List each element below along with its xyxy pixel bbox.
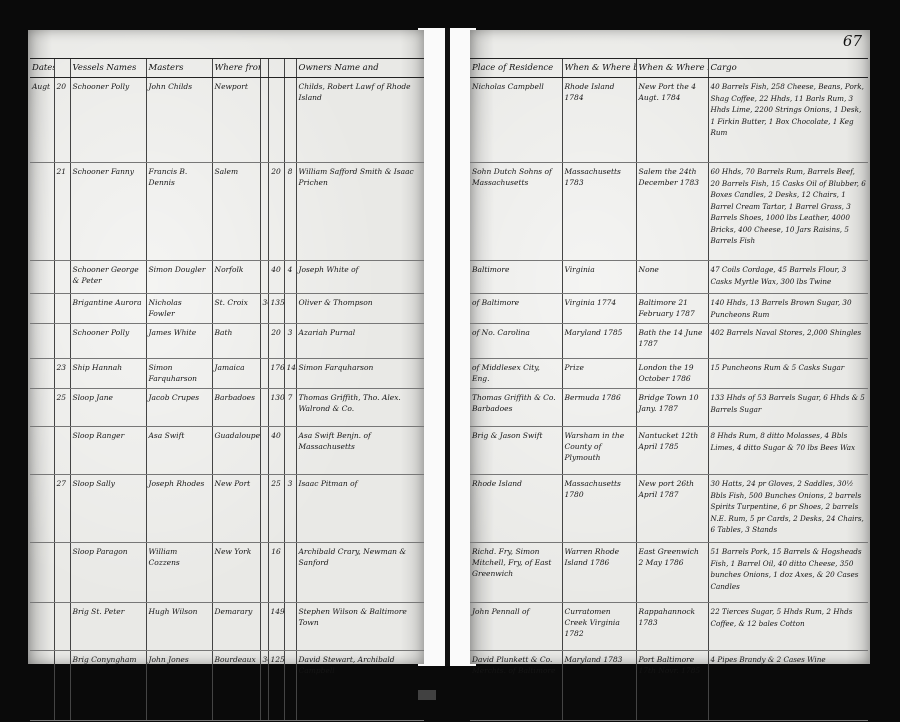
- guns-cell: 30: [260, 651, 268, 721]
- owners-cell: Asa Swift Benjn. of Massachusetts: [296, 427, 424, 475]
- owners-cell: Oliver & Thompson: [296, 294, 424, 324]
- month-cell: [30, 427, 54, 475]
- table-row: Brig Conyngham John Jones Bourdeaux 30 1…: [30, 651, 424, 721]
- table-row: Nicholas Campbell Rhode Island 1784 New …: [470, 78, 868, 163]
- master-cell: William Cozzens: [146, 543, 212, 603]
- vessel-cell: Sloop Sally: [70, 475, 146, 543]
- month-cell: [30, 603, 54, 651]
- guns-cell: [260, 427, 268, 475]
- when-registered-cell: Rappahannock 1783: [636, 603, 708, 651]
- right-page: 67 Place of Residence When & Where built…: [470, 30, 870, 664]
- when-registered-cell: Salem the 24th December 1783: [636, 163, 708, 261]
- table-row: Brig St. Peter Hugh Wilson Demarary 149 …: [30, 603, 424, 651]
- where-from-cell: Barbadoes: [212, 389, 260, 427]
- month-cell: [30, 359, 54, 389]
- header-guns: [260, 59, 268, 78]
- tons-cell: 25: [268, 475, 284, 543]
- guns-cell: [260, 261, 268, 294]
- men-cell: [284, 603, 296, 651]
- page-number: 67: [843, 32, 862, 50]
- residence-cell: Nicholas Campbell: [470, 78, 562, 163]
- when-built-cell: Maryland 1783: [562, 651, 636, 721]
- table-row: 23 Ship Hannah Simon Farquharson Jamaica…: [30, 359, 424, 389]
- where-from-cell: Jamaica: [212, 359, 260, 389]
- when-registered-cell: Bath the 14 June 1787: [636, 324, 708, 359]
- vessel-cell: Sloop Jane: [70, 389, 146, 427]
- vessel-register-table: Dates Vessels Names Masters Where from O…: [30, 58, 424, 721]
- day-cell: [54, 294, 70, 324]
- table-row: Richd. Fry, Simon Mitchell, Fry, of East…: [470, 543, 868, 603]
- guns-cell: 30: [260, 294, 268, 324]
- where-from-cell: St. Croix: [212, 294, 260, 324]
- tons-cell: 20: [268, 324, 284, 359]
- men-cell: [284, 78, 296, 163]
- tons-cell: 40: [268, 261, 284, 294]
- owners-cell: Simon Farquharson: [296, 359, 424, 389]
- when-built-cell: Virginia: [562, 261, 636, 294]
- when-built-cell: Massachusetts 1783: [562, 163, 636, 261]
- guns-cell: [260, 543, 268, 603]
- header-vessel: Vessels Names: [70, 59, 146, 78]
- owners-cell: Isaac Pitman of: [296, 475, 424, 543]
- table-row: Schooner Polly James White Bath 20 3 Aza…: [30, 324, 424, 359]
- month-cell: Augt: [30, 78, 54, 163]
- when-registered-cell: Nantucket 12th April 1785: [636, 427, 708, 475]
- master-cell: Francis B. Dennis: [146, 163, 212, 261]
- when-built-cell: Massachusetts 1780: [562, 475, 636, 543]
- guns-cell: [260, 359, 268, 389]
- tons-cell: 176: [268, 359, 284, 389]
- tons-cell: 149: [268, 603, 284, 651]
- left-page: Dates Vessels Names Masters Where from O…: [28, 30, 424, 664]
- table-row: Sloop Paragon William Cozzens New York 1…: [30, 543, 424, 603]
- residence-cell: David Plunkett & Co. Merchts. of Baltimo…: [470, 651, 562, 721]
- vessel-cell: Sloop Ranger: [70, 427, 146, 475]
- men-cell: 3: [284, 475, 296, 543]
- header-tons: [268, 59, 284, 78]
- table-row: Brigantine Aurora Nicholas Fowler St. Cr…: [30, 294, 424, 324]
- men-cell: [284, 543, 296, 603]
- table-row: of No. Carolina Maryland 1785 Bath the 1…: [470, 324, 868, 359]
- month-cell: [30, 324, 54, 359]
- table-row: 25 Sloop Jane Jacob Crupes Barbadoes 130…: [30, 389, 424, 427]
- guns-cell: [260, 163, 268, 261]
- table-row: Thomas Griffith & Co. Barbadoes Bermuda …: [470, 389, 868, 427]
- vessel-cell: Sloop Paragon: [70, 543, 146, 603]
- vessel-cell: Brig St. Peter: [70, 603, 146, 651]
- where-from-cell: Newport: [212, 78, 260, 163]
- header-row: Dates Vessels Names Masters Where from O…: [30, 59, 424, 78]
- month-cell: [30, 163, 54, 261]
- when-built-cell: Bermuda 1786: [562, 389, 636, 427]
- table-row: of Baltimore Virginia 1774 Baltimore 21 …: [470, 294, 868, 324]
- day-cell: [54, 324, 70, 359]
- day-cell: [54, 651, 70, 721]
- when-registered-cell: None: [636, 261, 708, 294]
- table-row: Brig & Jason Swift Warsham in the County…: [470, 427, 868, 475]
- when-registered-cell: New Port the 4 Augt. 1784: [636, 78, 708, 163]
- tons-cell: 40: [268, 427, 284, 475]
- day-cell: [54, 603, 70, 651]
- cargo-cell: 47 Coils Cordage, 45 Barrels Flour, 3 Ca…: [708, 261, 868, 294]
- guns-cell: [260, 389, 268, 427]
- where-from-cell: New Port: [212, 475, 260, 543]
- cargo-cell: 133 Hhds of 53 Barrels Sugar, 6 Hhds & 5…: [708, 389, 868, 427]
- when-registered-cell: Baltimore 21 February 1787: [636, 294, 708, 324]
- month-cell: [30, 543, 54, 603]
- when-built-cell: Virginia 1774: [562, 294, 636, 324]
- header-row: Place of Residence When & Where built Wh…: [470, 59, 868, 78]
- master-cell: James White: [146, 324, 212, 359]
- header-when-registered: When & Where Registered: [636, 59, 708, 78]
- vessel-cell: Schooner George & Peter: [70, 261, 146, 294]
- header-men: [284, 59, 296, 78]
- tons-cell: 20: [268, 163, 284, 261]
- vessel-cell: Brig Conyngham: [70, 651, 146, 721]
- guns-cell: [260, 78, 268, 163]
- vessel-cell: Ship Hannah: [70, 359, 146, 389]
- vessel-cell: Brigantine Aurora: [70, 294, 146, 324]
- when-built-cell: Maryland 1785: [562, 324, 636, 359]
- table-row: John Pennall of Curratomen Creek Virgini…: [470, 603, 868, 651]
- month-cell: [30, 261, 54, 294]
- when-registered-cell: Port Baltimore 17th Novr. 1785: [636, 651, 708, 721]
- when-registered-cell: Bridge Town 10 Jany. 1787: [636, 389, 708, 427]
- cargo-cell: 60 Hhds, 70 Barrels Rum, Barrels Beef, 2…: [708, 163, 868, 261]
- table-row: Schooner George & Peter Simon Dougler No…: [30, 261, 424, 294]
- where-from-cell: Bourdeaux: [212, 651, 260, 721]
- residence-cell: Baltimore: [470, 261, 562, 294]
- guns-cell: [260, 603, 268, 651]
- where-from-cell: Demarary: [212, 603, 260, 651]
- where-from-cell: Norfolk: [212, 261, 260, 294]
- cargo-cell: 22 Tierces Sugar, 5 Hhds Rum, 2 Hhds Cof…: [708, 603, 868, 651]
- owners-cell: David Stewart, Archibald Campbell: [296, 651, 424, 721]
- residence-cell: Rhode Island: [470, 475, 562, 543]
- table-row: Sloop Ranger Asa Swift Guadaloupe 40 Asa…: [30, 427, 424, 475]
- residence-cell: John Pennall of: [470, 603, 562, 651]
- where-from-cell: New York: [212, 543, 260, 603]
- master-cell: John Childs: [146, 78, 212, 163]
- day-cell: [54, 427, 70, 475]
- cargo-cell: 51 Barrels Pork, 15 Barrels & Hogsheads …: [708, 543, 868, 603]
- day-cell: 27: [54, 475, 70, 543]
- owners-cell: Archibald Crary, Newman & Sanford: [296, 543, 424, 603]
- where-from-cell: Salem: [212, 163, 260, 261]
- guns-cell: [260, 475, 268, 543]
- residence-cell: Thomas Griffith & Co. Barbadoes: [470, 389, 562, 427]
- where-from-cell: Guadaloupe: [212, 427, 260, 475]
- cargo-cell: 402 Barrels Naval Stores, 2,000 Shingles: [708, 324, 868, 359]
- vessel-cell: Schooner Fanny: [70, 163, 146, 261]
- month-cell: [30, 651, 54, 721]
- master-cell: John Jones: [146, 651, 212, 721]
- owners-cell: Azariah Purnal: [296, 324, 424, 359]
- table-row: Sohn Dutch Sohns of Massachusetts Massac…: [470, 163, 868, 261]
- when-built-cell: Curratomen Creek Virginia 1782: [562, 603, 636, 651]
- when-built-cell: Rhode Island 1784: [562, 78, 636, 163]
- table-row: 21 Schooner Fanny Francis B. Dennis Sale…: [30, 163, 424, 261]
- vessel-cell: Schooner Polly: [70, 324, 146, 359]
- master-cell: Jacob Crupes: [146, 389, 212, 427]
- header-when-built: When & Where built: [562, 59, 636, 78]
- header-cargo: Cargo: [708, 59, 868, 78]
- men-cell: [284, 651, 296, 721]
- guns-cell: [260, 324, 268, 359]
- table-row: Rhode Island Massachusetts 1780 New port…: [470, 475, 868, 543]
- men-cell: 8: [284, 163, 296, 261]
- men-cell: [284, 427, 296, 475]
- tons-cell: 130: [268, 389, 284, 427]
- men-cell: [284, 294, 296, 324]
- header-date: Dates: [30, 59, 54, 78]
- residence-cell: of Middlesex City, Eng.: [470, 359, 562, 389]
- cargo-cell: 30 Hatts, 24 pr Gloves, 2 Saddles, 30½ B…: [708, 475, 868, 543]
- header-where-from: Where from: [212, 59, 260, 78]
- cargo-cell: 140 Hhds, 13 Barrels Brown Sugar, 30 Pun…: [708, 294, 868, 324]
- master-cell: Joseph Rhodes: [146, 475, 212, 543]
- header-day: [54, 59, 70, 78]
- when-built-cell: Warsham in the County of Plymouth: [562, 427, 636, 475]
- header-master: Masters: [146, 59, 212, 78]
- residence-cell: of Baltimore: [470, 294, 562, 324]
- month-cell: [30, 294, 54, 324]
- table-row: Baltimore Virginia None 47 Coils Cordage…: [470, 261, 868, 294]
- tons-cell: [268, 78, 284, 163]
- when-built-cell: Prize: [562, 359, 636, 389]
- header-residence: Place of Residence: [470, 59, 562, 78]
- when-registered-cell: East Greenwich 2 May 1786: [636, 543, 708, 603]
- day-cell: 25: [54, 389, 70, 427]
- when-built-cell: Warren Rhode Island 1786: [562, 543, 636, 603]
- residence-cell: Richd. Fry, Simon Mitchell, Fry, of East…: [470, 543, 562, 603]
- owners-cell: Stephen Wilson & Baltimore Town: [296, 603, 424, 651]
- table-row: Augt 20 Schooner Polly John Childs Newpo…: [30, 78, 424, 163]
- day-cell: [54, 543, 70, 603]
- cargo-register-table: Place of Residence When & Where built Wh…: [470, 58, 868, 721]
- men-cell: 4: [284, 261, 296, 294]
- day-cell: 23: [54, 359, 70, 389]
- owners-cell: William Safford Smith & Isaac Prichen: [296, 163, 424, 261]
- owners-cell: Childs, Robert Lawf of Rhode Island: [296, 78, 424, 163]
- master-cell: Hugh Wilson: [146, 603, 212, 651]
- cargo-cell: 4 Pipes Brandy & 2 Cases Wine: [708, 651, 868, 721]
- day-cell: 21: [54, 163, 70, 261]
- master-cell: Simon Dougler: [146, 261, 212, 294]
- cargo-cell: 8 Hhds Rum, 8 ditto Molasses, 4 Bbls Lim…: [708, 427, 868, 475]
- table-row: 27 Sloop Sally Joseph Rhodes New Port 25…: [30, 475, 424, 543]
- men-cell: 7: [284, 389, 296, 427]
- month-cell: [30, 475, 54, 543]
- master-cell: Asa Swift: [146, 427, 212, 475]
- tons-cell: 16: [268, 543, 284, 603]
- when-registered-cell: London the 19 October 1786: [636, 359, 708, 389]
- men-cell: 3: [284, 324, 296, 359]
- cargo-cell: 15 Puncheons Rum & 5 Casks Sugar: [708, 359, 868, 389]
- header-owners: Owners Name and: [296, 59, 424, 78]
- where-from-cell: Bath: [212, 324, 260, 359]
- owners-cell: Thomas Griffith, Tho. Alex. Walrond & Co…: [296, 389, 424, 427]
- owners-cell: Joseph White of: [296, 261, 424, 294]
- day-cell: [54, 261, 70, 294]
- table-row: David Plunkett & Co. Merchts. of Baltimo…: [470, 651, 868, 721]
- when-registered-cell: New port 26th April 1787: [636, 475, 708, 543]
- tons-cell: 135: [268, 294, 284, 324]
- master-cell: Nicholas Fowler: [146, 294, 212, 324]
- month-cell: [30, 389, 54, 427]
- residence-cell: Sohn Dutch Sohns of Massachusetts: [470, 163, 562, 261]
- men-cell: 14: [284, 359, 296, 389]
- table-row: of Middlesex City, Eng. Prize London the…: [470, 359, 868, 389]
- cargo-cell: 40 Barrels Fish, 258 Cheese, Beans, Pork…: [708, 78, 868, 163]
- day-cell: 20: [54, 78, 70, 163]
- residence-cell: Brig & Jason Swift: [470, 427, 562, 475]
- residence-cell: of No. Carolina: [470, 324, 562, 359]
- vessel-cell: Schooner Polly: [70, 78, 146, 163]
- master-cell: Simon Farquharson: [146, 359, 212, 389]
- tons-cell: 125: [268, 651, 284, 721]
